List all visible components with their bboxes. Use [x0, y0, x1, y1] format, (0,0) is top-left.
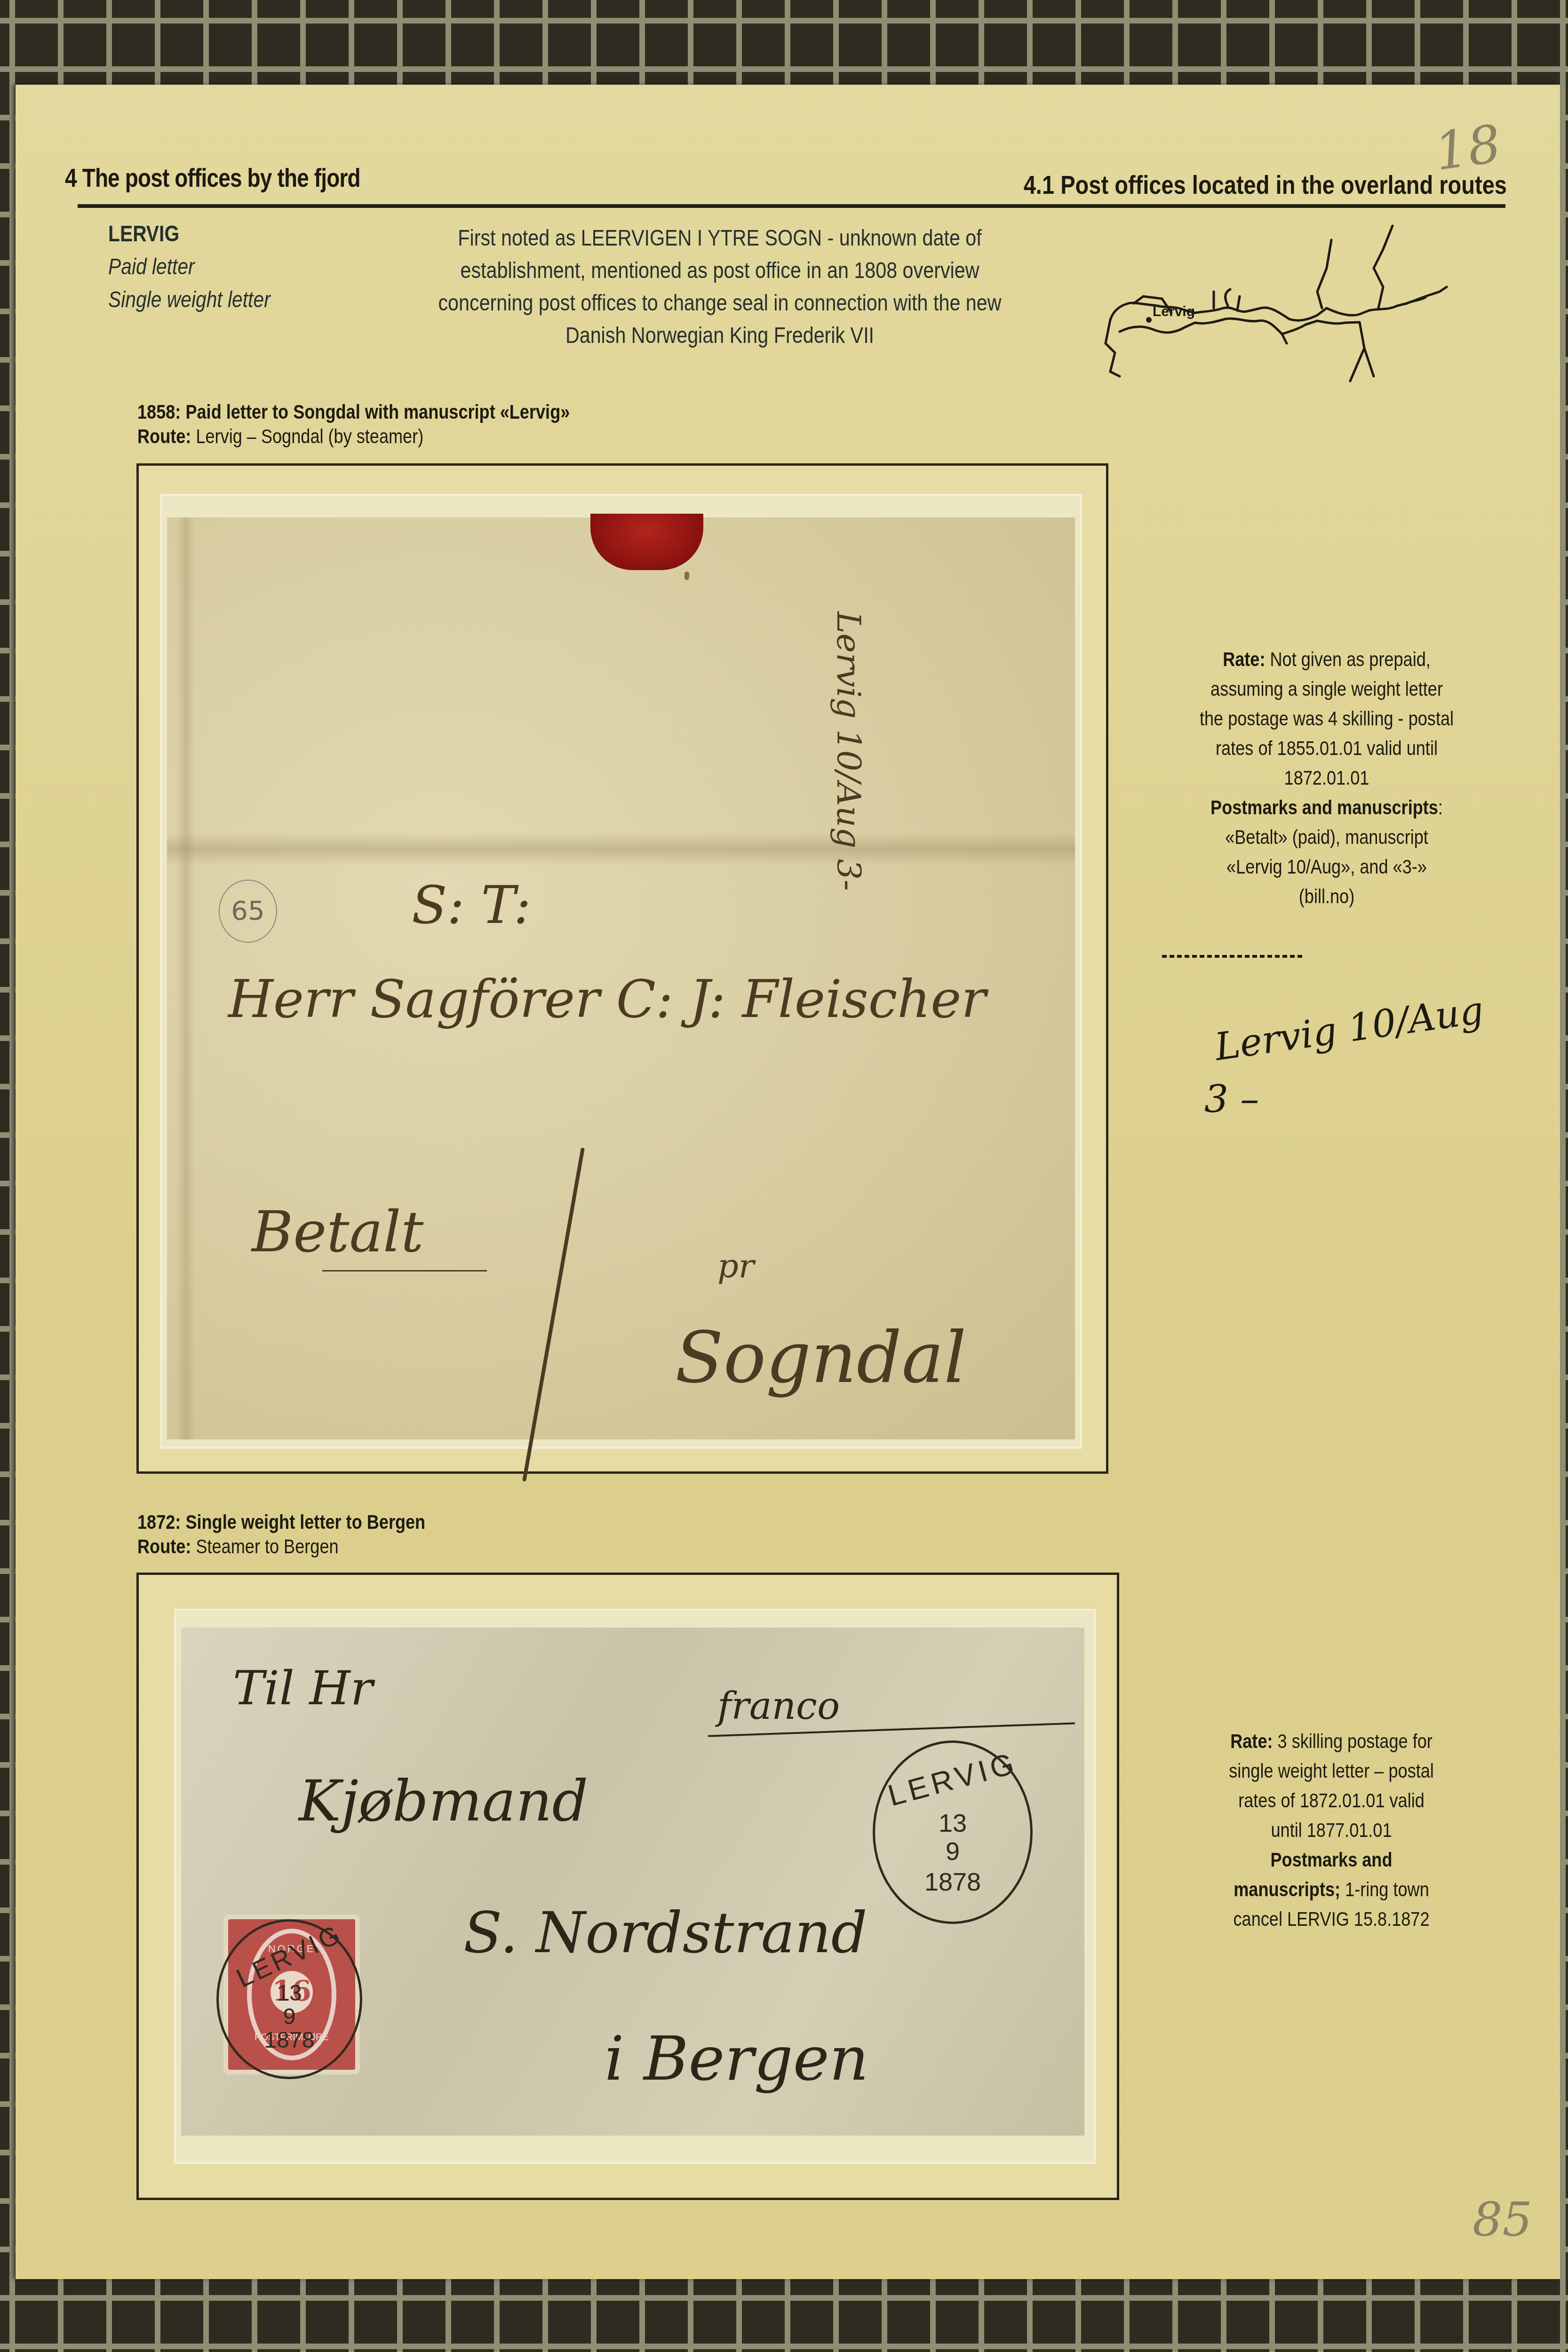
cancel-month: 9 [219, 2004, 360, 2030]
item2-title: 1872: Single weight letter to Bergen [137, 1511, 425, 1533]
stamp-cancel: LERVIG 13 9 1878 [216, 1919, 362, 2079]
item1-postmarks-line: (bill.no) [1157, 882, 1496, 911]
fjord-map-icon: Lervig [1096, 212, 1472, 390]
item2-rate-line: 3 skilling postage for [1273, 1730, 1433, 1752]
lervig-postmark: LERVIG 13 9 1878 [873, 1740, 1033, 1924]
intro-line: First noted as LEERVIGEN I YTRE SOGN - u… [416, 222, 1023, 254]
detail-dotted-edge [1162, 955, 1303, 958]
cover-paid-betalt: Betalt [252, 1200, 424, 1265]
item1-route-label: Route: [137, 425, 191, 447]
section-heading: 4.1 Post offices located in the overland… [1024, 169, 1507, 200]
map-label-lervig: Lervig [1153, 304, 1195, 319]
item2-letter-cover[interactable]: Til Hr franco Kjøbmand S. Nordstrand i B… [181, 1628, 1084, 2136]
cover2-line-bergen: i Bergen [605, 2023, 868, 2094]
office-intro: First noted as LEERVIGEN I YTRE SOGN - u… [416, 222, 1023, 352]
item2-postmarks-line: 1-ring town [1340, 1878, 1429, 1900]
item1-letter-cover[interactable]: Lervig 10/Aug 3- 65 S: T: Herr Sagförer … [167, 517, 1075, 1439]
seal-drip [685, 572, 689, 580]
item1-postmarks-line: «Lervig 10/Aug», and «3-» [1157, 852, 1496, 882]
pencil-page-number-bottom: 85 [1472, 2192, 1532, 2247]
item1-title: 1858: Paid letter to Songdal with manusc… [137, 401, 570, 423]
postmark-town: LERVIG [873, 1742, 1032, 1816]
office-subtitle-weight: Single weight letter [108, 287, 271, 313]
cover-addressee: Herr Sagförer C: J: Fleischer [228, 969, 986, 1029]
cover2-franco: franco [717, 1684, 840, 1728]
item1-route-value: Lervig – Sogndal (by steamer) [191, 425, 423, 447]
betalt-underline [322, 1270, 487, 1271]
cancel-year: 1878 [219, 2027, 360, 2053]
postmark-month: 9 [875, 1837, 1030, 1866]
office-subtitle-paid: Paid letter [108, 254, 195, 280]
intro-line: concerning post offices to change seal i… [416, 287, 1023, 319]
item1-caption: 1858: Paid letter to Songdal with manusc… [137, 400, 570, 449]
item1-rate-line: rates of 1855.01.01 valid until [1157, 733, 1496, 763]
cover-side-fold [176, 517, 195, 1439]
cover2-line-nordstrand: S. Nordstrand [463, 1900, 867, 1966]
item2-postmarks-line: cancel LERVIG 15.8.1872 [1174, 1904, 1489, 1934]
item1-postmarks-line: «Betalt» (paid), manuscript [1157, 822, 1496, 852]
cover-salutation: S: T: [412, 875, 531, 935]
fjord-map: Lervig [1096, 212, 1472, 390]
item2-route-value: Steamer to Bergen [191, 1535, 338, 1557]
postmark-year: 1878 [875, 1867, 1030, 1897]
cancel-day: 13 [219, 1980, 360, 2006]
cover2-line-til-hr: Til Hr [233, 1661, 373, 1716]
pencil-ref-circle: 65 [219, 880, 277, 943]
detail-bill-number: 3 – [1204, 1077, 1259, 1121]
item2-rate-line: rates of 1872.01.01 valid [1174, 1786, 1489, 1815]
item1-rate-line: the postage was 4 skilling - postal [1157, 704, 1496, 733]
item2-route-label: Route: [137, 1535, 191, 1557]
manuscript-lervig-vertical: Lervig 10/Aug 3- [829, 612, 868, 891]
brace-stroke [522, 1147, 585, 1481]
office-name: LERVIG [108, 221, 179, 247]
item2-rate-line: until 1877.01.01 [1174, 1815, 1489, 1845]
item1-postmarks-label: Postmarks and manuscripts [1210, 796, 1438, 818]
item1-rate-line: Not given as prepaid, [1265, 648, 1430, 670]
intro-line: establishment, mentioned as post office … [416, 254, 1023, 287]
item1-note: Rate: Not given as prepaid, assuming a s… [1157, 644, 1496, 911]
cover-fold-crease [167, 833, 1075, 866]
item1-rate-line: 1872.01.01 [1157, 763, 1496, 793]
postmark-day: 13 [875, 1809, 1030, 1838]
cover-via-pr: pr [717, 1247, 754, 1285]
red-wax-seal [590, 514, 703, 570]
item2-rate-line: single weight letter – postal [1174, 1756, 1489, 1786]
cover-destination-sogndal: Sogndal [675, 1317, 966, 1399]
item1-rate-line: assuming a single weight letter [1157, 674, 1496, 704]
intro-line: Danish Norwegian King Frederik VII [416, 319, 1023, 352]
postage-stamp: NORGE 16 POSTFRIM. ØRE LERVIG 13 9 1878 [228, 1919, 355, 2070]
chapter-heading: 4 The post offices by the fjord [65, 162, 360, 193]
item2-rate-label: Rate: [1230, 1730, 1273, 1752]
header-rule [78, 204, 1505, 208]
item2-postmarks-label: Postmarks and [1271, 1849, 1393, 1871]
item2-note: Rate: 3 skilling postage for single weig… [1174, 1726, 1489, 1934]
item2-caption: 1872: Single weight letter to Bergen Rou… [137, 1510, 425, 1559]
item2-postmarks-label-2: manuscripts; [1234, 1878, 1340, 1900]
item1-rate-label: Rate: [1223, 648, 1265, 670]
cover2-line-kjobmand: Kjøbmand [299, 1769, 588, 1834]
